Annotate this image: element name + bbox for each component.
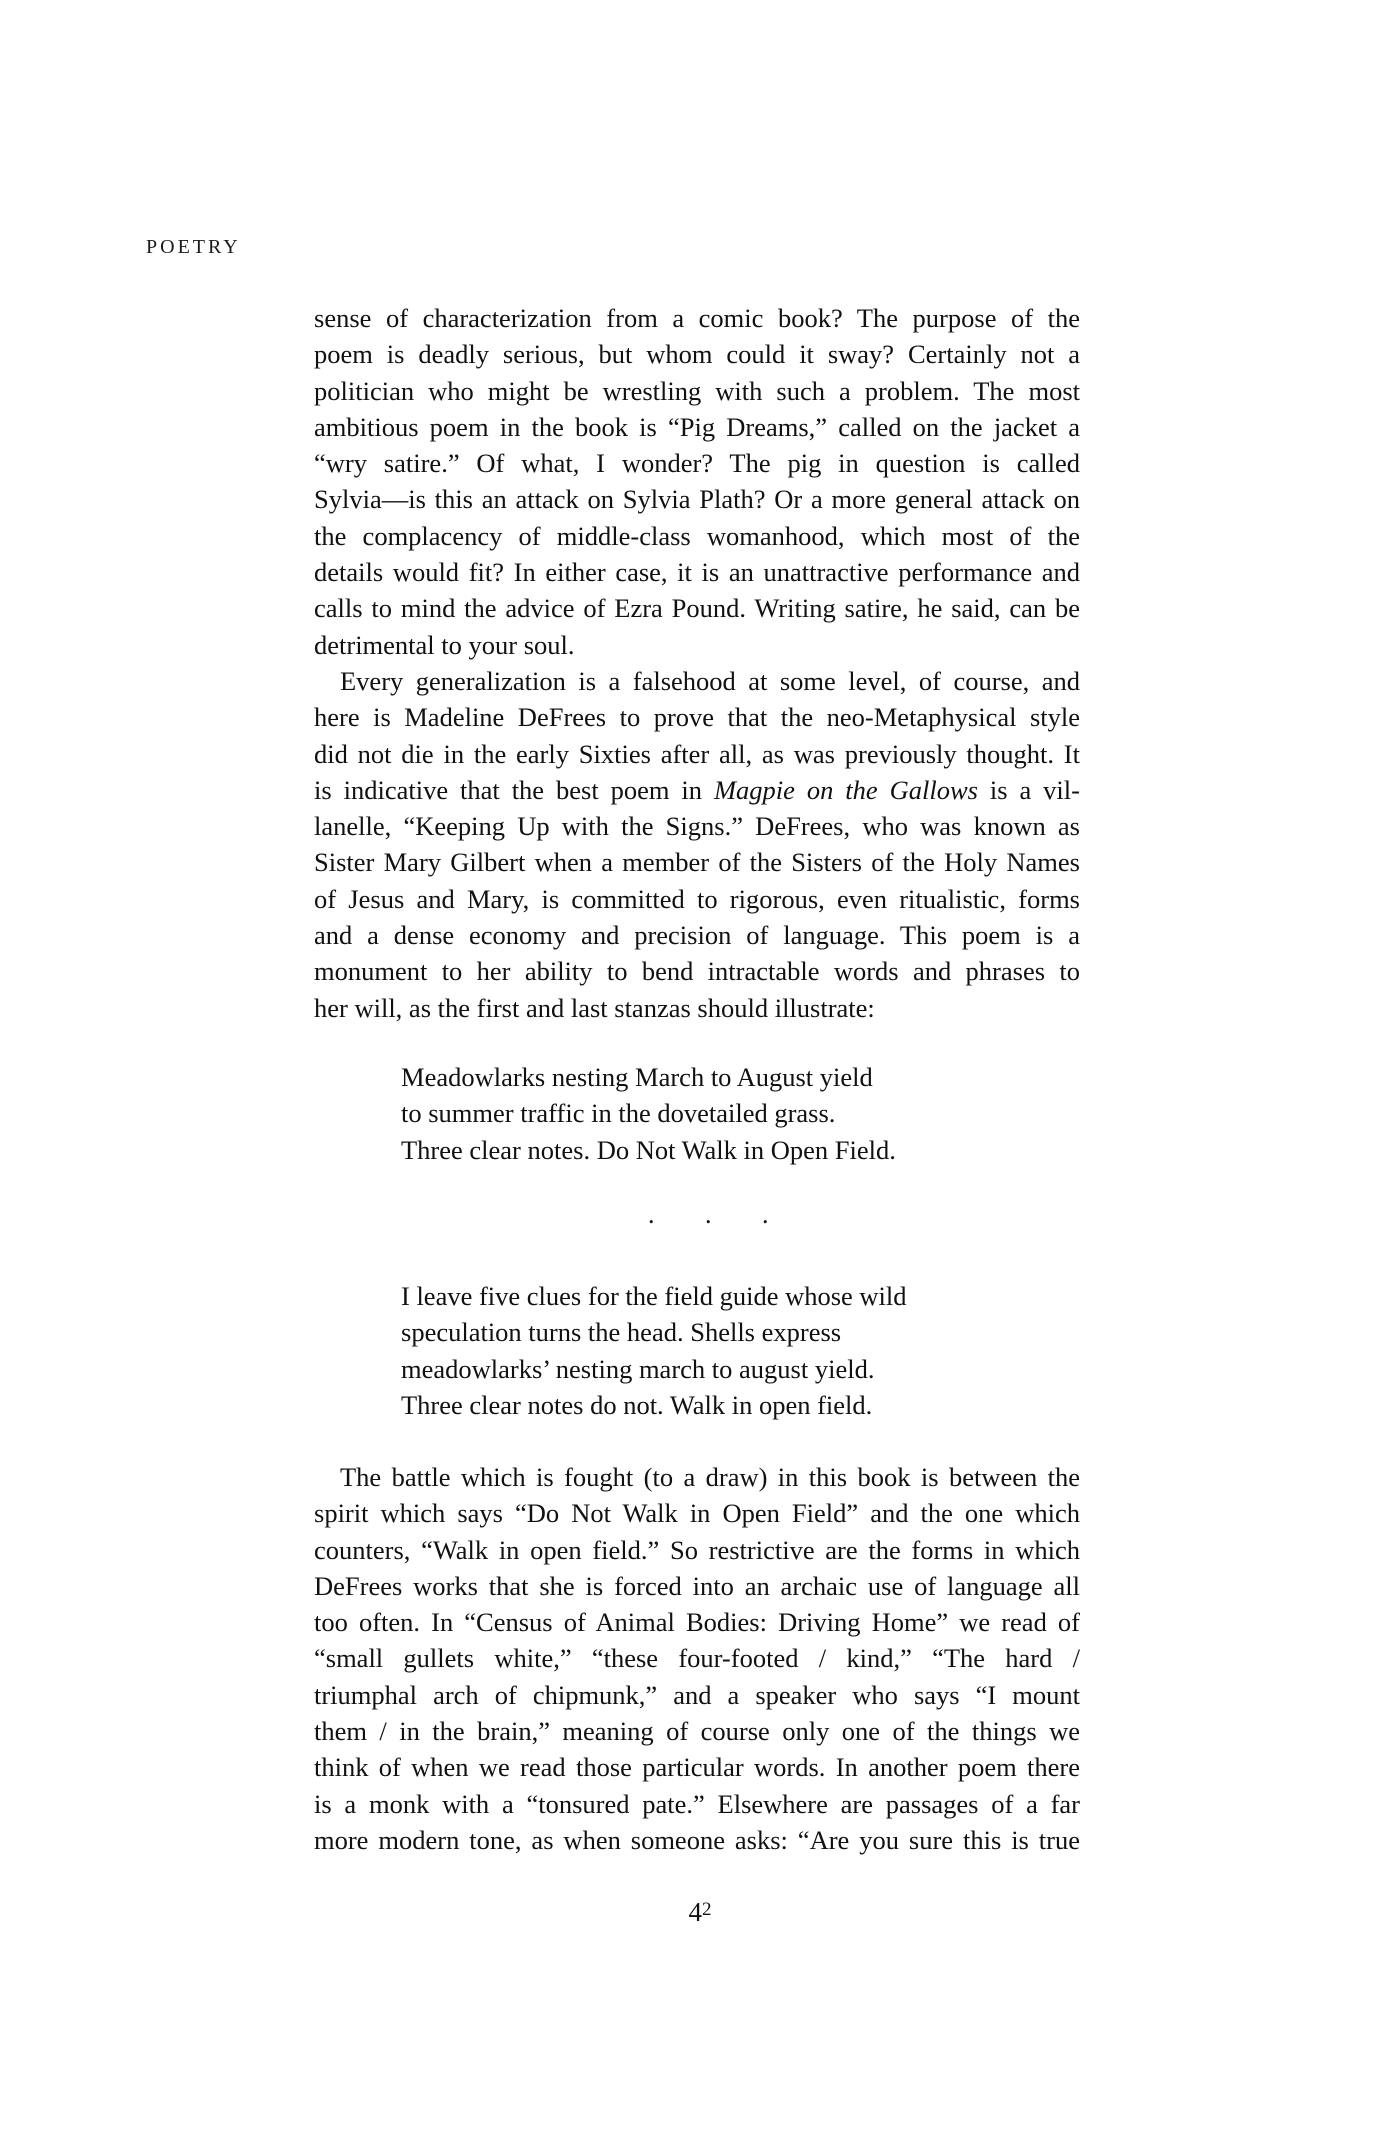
text-line: more modern tone, as when someone asks: … bbox=[314, 1822, 1080, 1858]
text-line: “wry satire.” Of what, I wonder? The pig… bbox=[314, 445, 1080, 481]
text-line: too often. In “Census of Animal Bodies: … bbox=[314, 1604, 1080, 1640]
running-head: POETRY bbox=[146, 236, 241, 259]
text-line: politician who might be wrestling with s… bbox=[314, 373, 1080, 409]
poem-line: I leave five clues for the field guide w… bbox=[401, 1278, 907, 1314]
poem-line: meadowlarks’ nesting march to august yie… bbox=[401, 1351, 907, 1387]
text-line: DeFrees works that she is forced into an… bbox=[314, 1568, 1080, 1604]
text-line: did not die in the early Sixties after a… bbox=[314, 736, 1080, 772]
poem-line: Three clear notes do not. Walk in open f… bbox=[401, 1387, 907, 1423]
paragraph-1: sense of characterization from a comic b… bbox=[314, 300, 1080, 663]
text-line: her will, as the first and last stanzas … bbox=[314, 990, 1080, 1026]
poem-line: Three clear notes. Do Not Walk in Open F… bbox=[401, 1132, 896, 1168]
text-line: spirit which says “Do Not Walk in Open F… bbox=[314, 1495, 1080, 1531]
text-line: triumphal arch of chipmunk,” and a speak… bbox=[314, 1677, 1080, 1713]
text-line: lanelle, “Keeping Up with the Signs.” De… bbox=[314, 808, 1080, 844]
text-line: The battle which is fought (to a draw) i… bbox=[314, 1459, 1080, 1495]
text-line: the complacency of middle-class womanhoo… bbox=[314, 518, 1080, 554]
text-line: is a monk with a “tonsured pate.” Elsewh… bbox=[314, 1786, 1080, 1822]
poem-line: speculation turns the head. Shells expre… bbox=[401, 1314, 907, 1350]
stanza-ellipsis: . . . bbox=[648, 1200, 791, 1230]
poem-first-stanza: Meadowlarks nesting March to August yiel… bbox=[401, 1059, 896, 1168]
text-line: Sylvia—is this an attack on Sylvia Plath… bbox=[314, 481, 1080, 517]
text-line: calls to mind the advice of Ezra Pound. … bbox=[314, 590, 1080, 626]
text-line: Sister Mary Gilbert when a member of the… bbox=[314, 844, 1080, 880]
text-line: here is Madeline DeFrees to prove that t… bbox=[314, 699, 1080, 735]
text-line-with-title: is indicative that the best poem in Magp… bbox=[314, 772, 1080, 808]
text-line: details would fit? In either case, it is… bbox=[314, 554, 1080, 590]
text-line: monument to her ability to bend intracta… bbox=[314, 953, 1080, 989]
page-number-oldstyle-digit: 2 bbox=[702, 1899, 712, 1920]
page-number: 42 bbox=[0, 1897, 1400, 1928]
text-fragment: is a vil- bbox=[978, 775, 1080, 805]
paragraph-2: Every generalization is a falsehood at s… bbox=[314, 663, 1080, 1026]
poem-line: Meadowlarks nesting March to August yiel… bbox=[401, 1059, 896, 1095]
text-line: and a dense economy and precision of lan… bbox=[314, 917, 1080, 953]
text-line: ambitious poem in the book is “Pig Dream… bbox=[314, 409, 1080, 445]
text-line: “small gullets white,” “these four-foote… bbox=[314, 1640, 1080, 1676]
book-title: Magpie on the Gallows bbox=[714, 775, 978, 805]
text-line: them / in the brain,” meaning of course … bbox=[314, 1713, 1080, 1749]
poem-line: to summer traffic in the dovetailed gras… bbox=[401, 1095, 896, 1131]
poem-last-stanza: I leave five clues for the field guide w… bbox=[401, 1278, 907, 1423]
paragraph-3: The battle which is fought (to a draw) i… bbox=[314, 1459, 1080, 1858]
text-line: think of when we read those particular w… bbox=[314, 1749, 1080, 1785]
text-line: sense of characterization from a comic b… bbox=[314, 300, 1080, 336]
page-number-digit: 4 bbox=[689, 1897, 703, 1927]
text-line: Every generalization is a falsehood at s… bbox=[314, 663, 1080, 699]
text-line: of Jesus and Mary, is committed to rigor… bbox=[314, 881, 1080, 917]
text-line: counters, “Walk in open field.” So restr… bbox=[314, 1532, 1080, 1568]
text-fragment: is indicative that the best poem in bbox=[314, 775, 714, 805]
text-line: poem is deadly serious, but whom could i… bbox=[314, 336, 1080, 372]
text-line: detrimental to your soul. bbox=[314, 627, 1080, 663]
